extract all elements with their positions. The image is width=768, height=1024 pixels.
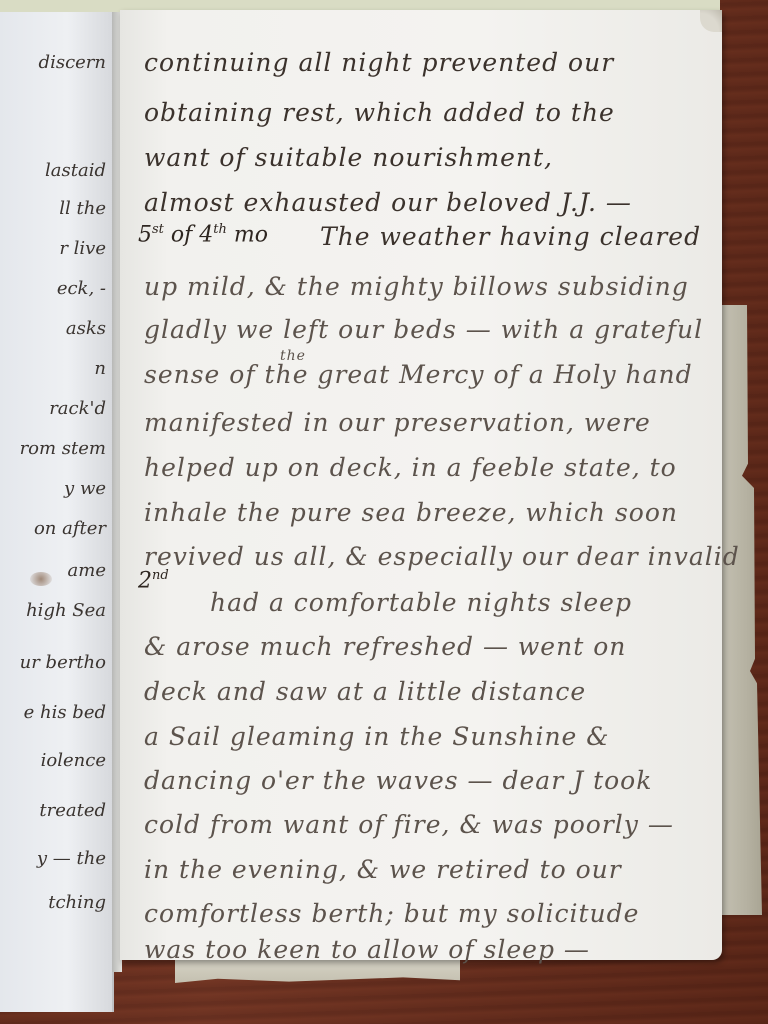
ink-stain [30,572,52,586]
left-page-fragment: ame [68,560,106,581]
date-day: 5 [138,222,152,247]
date-month: 4 [199,222,213,247]
left-page-fragment: rack'd [49,398,106,419]
journal-line: was too keen to allow of sleep — [144,935,590,964]
page-corner-curl [700,10,722,32]
entry-date: 5st of 4th mo [138,222,268,247]
left-page-fragment: rom stem [20,438,106,459]
date-abbr: mo [234,222,268,247]
left-page-fragment: eck, - [57,278,106,299]
journal-line: helped up on deck, in a feeble state, to [144,453,677,482]
left-page-fragment: ur bertho [20,652,106,673]
left-page-fragment: discern [39,52,106,73]
left-page-fragment: ll the [59,198,106,219]
journal-line: up mild, & the mighty billows subsiding [144,272,689,301]
journal-line: dancing o'er the waves — dear J took [144,766,652,795]
journal-line: want of suitable nourishment, [144,143,553,172]
left-page-fragment: e his bed [24,702,106,723]
journal-line: & arose much refreshed — went on [144,632,626,661]
journal-line: The weather having cleared [320,222,701,251]
journal-line: obtaining rest, which added to the [144,98,615,127]
journal-line: inhale the pure sea breeze, which soon [144,498,678,527]
main-journal-page: continuing all night prevented our obtai… [120,10,722,960]
left-page-fragment: r live [59,238,106,259]
left-page-fragment: high Sea [26,600,106,621]
journal-line: gladly we left our beds — with a gratefu… [144,315,703,344]
journal-line: had a comfortable nights sleep [210,588,632,617]
left-page-fragment: lastaid [45,160,106,181]
journal-line: in the evening, & we retired to our [144,855,622,884]
left-page-fragment: n [94,358,106,379]
journal-line: sense of the great Mercy of a Holy hand [144,360,693,389]
journal-line: a Sail gleaming in the Sunshine & [144,722,610,751]
left-page-fragment: treated [39,800,106,821]
journal-line: comfortless berth; but my solicitude [144,899,639,928]
date-day-suffix: st [152,222,164,237]
left-page-fragment: tching [48,892,106,913]
left-page-fragment: y we [64,478,106,499]
journal-line: revived us all, & especially our dear in… [144,542,740,571]
journal-line: continuing all night prevented our [144,48,614,77]
date-month-suffix: th [213,222,227,237]
left-page-fragment: y — the [37,848,106,869]
date-day-suffix: nd [152,568,169,583]
journal-line: cold from want of fire, & was poorly — [144,810,674,839]
journal-line: manifested in our preservation, were [144,408,651,437]
journal-line: almost exhausted our beloved J.J. — [144,188,632,217]
left-page-fragment: on after [34,518,106,539]
left-page-fragment: iolence [41,750,106,771]
journal-line: deck and saw at a little distance [144,677,586,706]
date-day: 2 [138,568,152,593]
entry-date: 2nd [138,568,169,593]
left-page-fragment: asks [66,318,106,339]
left-page: discern lastaid ll the r live eck, - ask… [0,12,114,1012]
